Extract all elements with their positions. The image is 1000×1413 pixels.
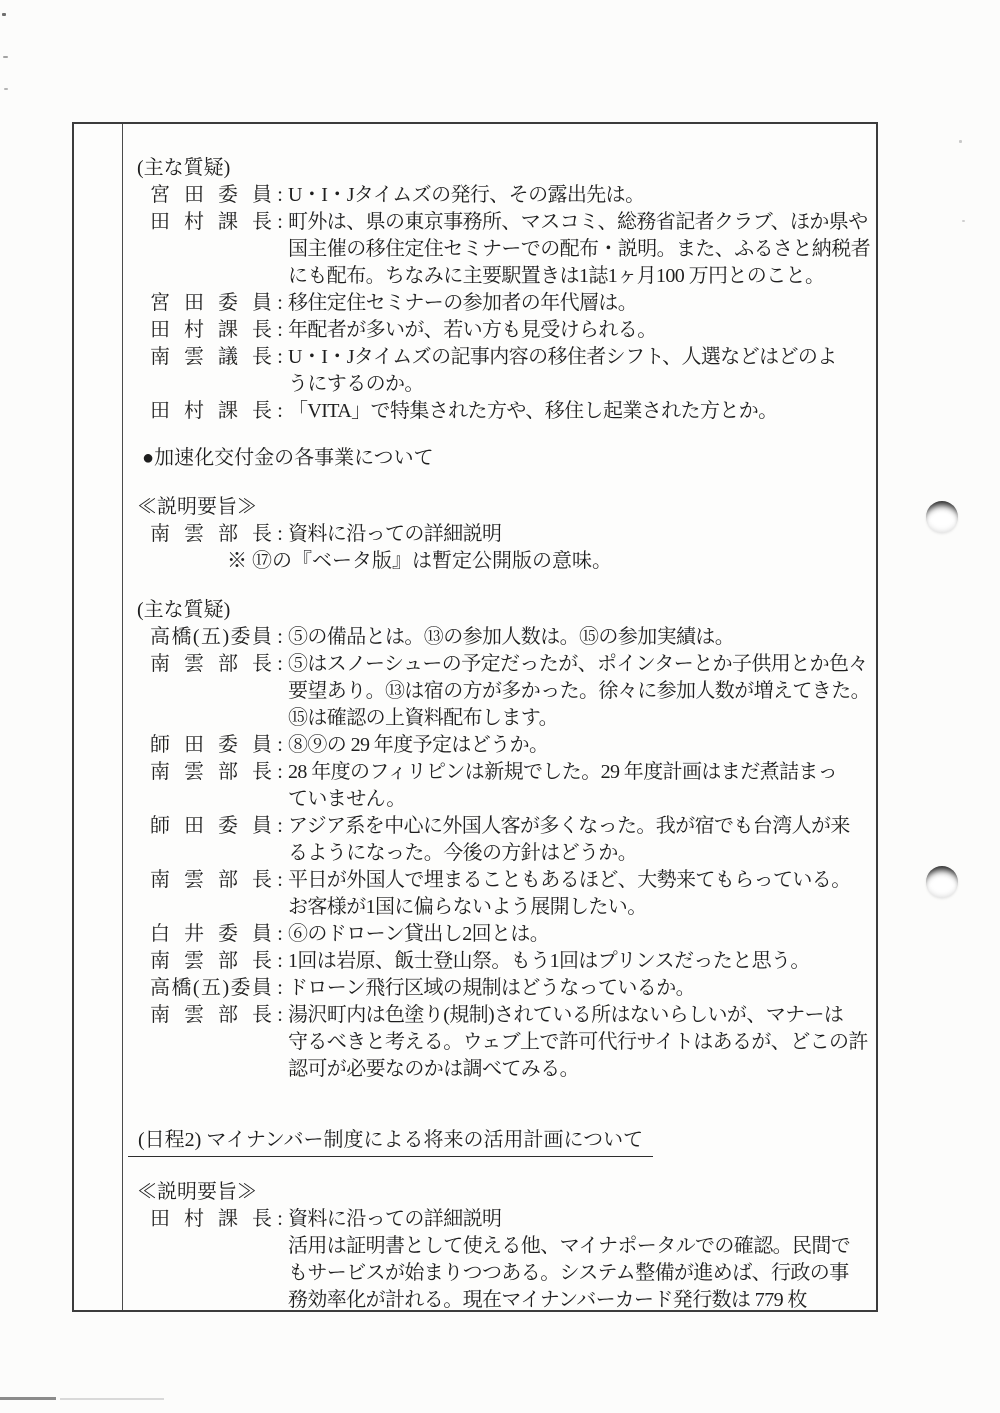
dialog-line: ⑥のドローン貸出し2回とは。 xyxy=(288,921,870,948)
dialog-line: もサービスが始まりつつある。システム整備が進めば、行政の事 xyxy=(288,1260,870,1287)
dialog-text: 湯沢町内は色塗り(規制)されている所はないらしいが、マナーは守るべきと考える。ウ… xyxy=(288,1002,870,1083)
dialog-line: 資料に沿っての詳細説明 xyxy=(288,1206,870,1233)
scanned-minutes-page: { "punctuation": { "colon": ":" }, "docu… xyxy=(0,0,1000,1413)
speaker-name: 南 雲 部 長 xyxy=(150,651,272,678)
dialog-line: ⑧⑨の 29 年度予定はどうか。 xyxy=(288,732,870,759)
dialog-line: 務効率化が計れる。現在マイナンバーカード発行数は 779 枚 xyxy=(288,1287,870,1312)
dialog-text: U・I・Jタイムズの発行、その露出先は。 xyxy=(288,182,870,209)
speaker-name: 高橋(五)委員 xyxy=(150,975,272,1002)
speaker-name: 師 田 委 員 xyxy=(150,732,272,759)
speaker-colon: : xyxy=(272,317,288,344)
bullet-heading: ●加速化交付金の各事業について xyxy=(142,445,870,472)
speaker-colon: : xyxy=(272,921,288,948)
speaker-name: 南 雲 部 長 xyxy=(150,521,272,548)
dialog-text: ⑤の備品とは。⑬の参加人数は。⑮の参加実績は。 xyxy=(288,624,870,651)
dialog-text: 資料に沿っての詳細説明活用は証明書として使える他、マイナポータルでの確認。民間で… xyxy=(288,1206,870,1312)
speaker-colon: : xyxy=(272,1002,288,1029)
dialog-line: うにするのか。 xyxy=(288,371,870,398)
dialog-line: 要望あり。⑬は宿の方が多かった。徐々に参加人数が増えてきた。 xyxy=(288,678,870,705)
scan-artifact-line xyxy=(60,1398,164,1400)
scan-speck xyxy=(4,88,8,90)
dialog-entry: 南 雲 部 長:平日が外国人で埋まることもあるほど、大勢来てもらっている。お客様… xyxy=(150,867,870,921)
dialog-line: 活用は証明書として使える他、マイナポータルでの確認。民間で xyxy=(288,1233,870,1260)
dialog-text: U・I・Jタイムズの記事内容の移住者シフト、人選などはどのようにするのか。 xyxy=(288,344,870,398)
dialog-text: 平日が外国人で埋まることもあるほど、大勢来てもらっている。お客様が1国に偏らない… xyxy=(288,867,870,921)
speaker-colon: : xyxy=(272,209,288,236)
dialog-line: 湯沢町内は色塗り(規制)されている所はないらしいが、マナーは xyxy=(288,1002,870,1029)
speaker-name: 田 村 課 長 xyxy=(150,317,272,344)
dialog-text: アジア系を中心に外国人客が多くなった。我が宿でも台湾人が来るようになった。今後の… xyxy=(288,813,870,867)
speaker-colon: : xyxy=(272,867,288,894)
dialog-entry: 南 雲 部 長:資料に沿っての詳細説明 xyxy=(150,521,870,548)
dialog-line: アジア系を中心に外国人客が多くなった。我が宿でも台湾人が来 xyxy=(288,813,870,840)
dialog-line: U・I・Jタイムズの発行、その露出先は。 xyxy=(288,182,870,209)
speaker-colon: : xyxy=(272,759,288,786)
dialog-entry: 田 村 課 長:「VITA」で特集された方や、移住し起業された方とか。 xyxy=(150,398,870,425)
dialog-line: 守るべきと考える。ウェブ上で許可代行サイトはあるが、どこの許 xyxy=(288,1029,870,1056)
minutes-frame: (主な質疑)宮 田 委 員:U・I・Jタイムズの発行、その露出先は。田 村 課 … xyxy=(72,122,878,1312)
dialog-entry: 高橋(五)委員:⑤の備品とは。⑬の参加人数は。⑮の参加実績は。 xyxy=(150,624,870,651)
dialog-text: ⑤はスノーシューの予定だったが、ポインターとか子供用とか色々要望あり。⑬は宿の方… xyxy=(288,651,870,732)
speaker-name: 南 雲 部 長 xyxy=(150,759,272,786)
section-label: ≪説明要旨≫ xyxy=(137,1179,870,1206)
dialog-entry: 南 雲 部 長:28 年度のフィリピンは新規でした。29 年度計画はまだ煮詰まっ… xyxy=(150,759,870,813)
dialog-text: 「VITA」で特集された方や、移住し起業された方とか。 xyxy=(288,398,870,425)
note-line: ※ ⑰の『ベータ版』は暫定公開版の意味。 xyxy=(150,548,870,575)
dialog-text: ⑥のドローン貸出し2回とは。 xyxy=(288,921,870,948)
dialog-line: にも配布。ちなみに主要駅置きは1誌1ヶ月100 万円とのこと。 xyxy=(288,263,870,290)
dialog-entry: 師 田 委 員:アジア系を中心に外国人客が多くなった。我が宿でも台湾人が来るよう… xyxy=(150,813,870,867)
punch-hole-icon xyxy=(926,866,958,898)
speaker-colon: : xyxy=(272,344,288,371)
dialog-text: 年配者が多いが、若い方も見受けられる。 xyxy=(288,317,870,344)
speaker-name: 宮 田 委 員 xyxy=(150,182,272,209)
dialog-entry: 師 田 委 員:⑧⑨の 29 年度予定はどうか。 xyxy=(150,732,870,759)
dialog-entry: 宮 田 委 員:U・I・Jタイムズの発行、その露出先は。 xyxy=(150,182,870,209)
dialog-entry: 南 雲 部 長:湯沢町内は色塗り(規制)されている所はないらしいが、マナーは守る… xyxy=(150,1002,870,1083)
speaker-colon: : xyxy=(272,813,288,840)
dialog-line: 移住定住セミナーの参加者の年代層は。 xyxy=(288,290,870,317)
speaker-colon: : xyxy=(272,1206,288,1233)
speaker-colon: : xyxy=(272,948,288,975)
dialog-entry: 宮 田 委 員:移住定住セミナーの参加者の年代層は。 xyxy=(150,290,870,317)
speaker-colon: : xyxy=(272,521,288,548)
dialog-line: ⑮は確認の上資料配布します。 xyxy=(288,705,870,732)
margin-divider xyxy=(122,124,123,1310)
dialog-line: ていません。 xyxy=(288,786,870,813)
dialog-line: 年配者が多いが、若い方も見受けられる。 xyxy=(288,317,870,344)
dialog-text: 移住定住セミナーの参加者の年代層は。 xyxy=(288,290,870,317)
section-label: (主な質疑) xyxy=(137,597,870,624)
dialog-line: お客様が1国に偏らないよう展開したい。 xyxy=(288,894,870,921)
scan-speck xyxy=(2,13,6,16)
scan-speck xyxy=(959,140,962,143)
speaker-name: 田 村 課 長 xyxy=(150,1206,272,1233)
punch-hole-icon xyxy=(926,501,958,533)
dialog-entry: 田 村 課 長:年配者が多いが、若い方も見受けられる。 xyxy=(150,317,870,344)
dialog-text: 資料に沿っての詳細説明 xyxy=(288,521,870,548)
speaker-colon: : xyxy=(272,290,288,317)
dialog-entry: 南 雲 部 長:⑤はスノーシューの予定だったが、ポインターとか子供用とか色々要望… xyxy=(150,651,870,732)
dialog-line: 認可が必要なのかは調べてみる。 xyxy=(288,1056,870,1083)
speaker-colon: : xyxy=(272,732,288,759)
speaker-colon: : xyxy=(272,182,288,209)
section-label: (主な質疑) xyxy=(137,155,870,182)
dialog-line: 28 年度のフィリピンは新規でした。29 年度計画はまだ煮詰まっ xyxy=(288,759,870,786)
dialog-line: 国主催の移住定住セミナーでの配布・説明。また、ふるさと納税者 xyxy=(288,236,870,263)
dialog-text: ドローン飛行区域の規制はどうなっているか。 xyxy=(288,975,870,1002)
dialog-entry: 田 村 課 長:町外は、県の東京事務所、マスコミ、総務省記者クラブ、ほか県や国主… xyxy=(150,209,870,290)
dialog-entry: 南 雲 議 長:U・I・Jタイムズの記事内容の移住者シフト、人選などはどのように… xyxy=(150,344,870,398)
speaker-name: 高橋(五)委員 xyxy=(150,624,272,651)
speaker-colon: : xyxy=(272,624,288,651)
dialog-line: るようになった。今後の方針はどうか。 xyxy=(288,840,870,867)
dialog-text: 町外は、県の東京事務所、マスコミ、総務省記者クラブ、ほか県や国主催の移住定住セミ… xyxy=(288,209,870,290)
speaker-colon: : xyxy=(272,398,288,425)
scan-speck xyxy=(3,56,8,58)
dialog-line: 「VITA」で特集された方や、移住し起業された方とか。 xyxy=(288,398,870,425)
dialog-line: 資料に沿っての詳細説明 xyxy=(288,521,870,548)
speaker-name: 南 雲 部 長 xyxy=(150,948,272,975)
speaker-name: 宮 田 委 員 xyxy=(150,290,272,317)
dialog-entry: 南 雲 部 長:1回は岩原、飯士登山祭。もう1回はプリンスだったと思う。 xyxy=(150,948,870,975)
speaker-name: 田 村 課 長 xyxy=(150,398,272,425)
section-label: ≪説明要旨≫ xyxy=(137,494,870,521)
dialog-line: 町外は、県の東京事務所、マスコミ、総務省記者クラブ、ほか県や xyxy=(288,209,870,236)
speaker-colon: : xyxy=(272,975,288,1002)
dialog-text: 28 年度のフィリピンは新規でした。29 年度計画はまだ煮詰まっていません。 xyxy=(288,759,870,813)
dialog-line: ⑤の備品とは。⑬の参加人数は。⑮の参加実績は。 xyxy=(288,624,870,651)
scan-speck xyxy=(962,220,965,222)
dialog-entry: 田 村 課 長:資料に沿っての詳細説明活用は証明書として使える他、マイナポータル… xyxy=(150,1206,870,1312)
dialog-text: 1回は岩原、飯士登山祭。もう1回はプリンスだったと思う。 xyxy=(288,948,870,975)
dialog-line: U・I・Jタイムズの記事内容の移住者シフト、人選などはどのよ xyxy=(288,344,870,371)
document-body: (主な質疑)宮 田 委 員:U・I・Jタイムズの発行、その露出先は。田 村 課 … xyxy=(150,124,876,1310)
speaker-name: 南 雲 部 長 xyxy=(150,1002,272,1029)
dialog-line: ドローン飛行区域の規制はどうなっているか。 xyxy=(288,975,870,1002)
speaker-colon: : xyxy=(272,651,288,678)
speaker-name: 南 雲 議 長 xyxy=(150,344,272,371)
dialog-entry: 高橋(五)委員:ドローン飛行区域の規制はどうなっているか。 xyxy=(150,975,870,1002)
dialog-text: ⑧⑨の 29 年度予定はどうか。 xyxy=(288,732,870,759)
speaker-name: 白 井 委 員 xyxy=(150,921,272,948)
dialog-line: 1回は岩原、飯士登山祭。もう1回はプリンスだったと思う。 xyxy=(288,948,870,975)
speaker-name: 師 田 委 員 xyxy=(150,813,272,840)
dialog-entry: 白 井 委 員:⑥のドローン貸出し2回とは。 xyxy=(150,921,870,948)
dialog-line: 平日が外国人で埋まることもあるほど、大勢来てもらっている。 xyxy=(288,867,870,894)
speaker-name: 南 雲 部 長 xyxy=(150,867,272,894)
scan-artifact-line xyxy=(0,1397,56,1400)
underlined-heading: (日程2) マイナンバー制度による将来の活用計画について xyxy=(128,1127,653,1157)
speaker-name: 田 村 課 長 xyxy=(150,209,272,236)
dialog-line: ⑤はスノーシューの予定だったが、ポインターとか子供用とか色々 xyxy=(288,651,870,678)
